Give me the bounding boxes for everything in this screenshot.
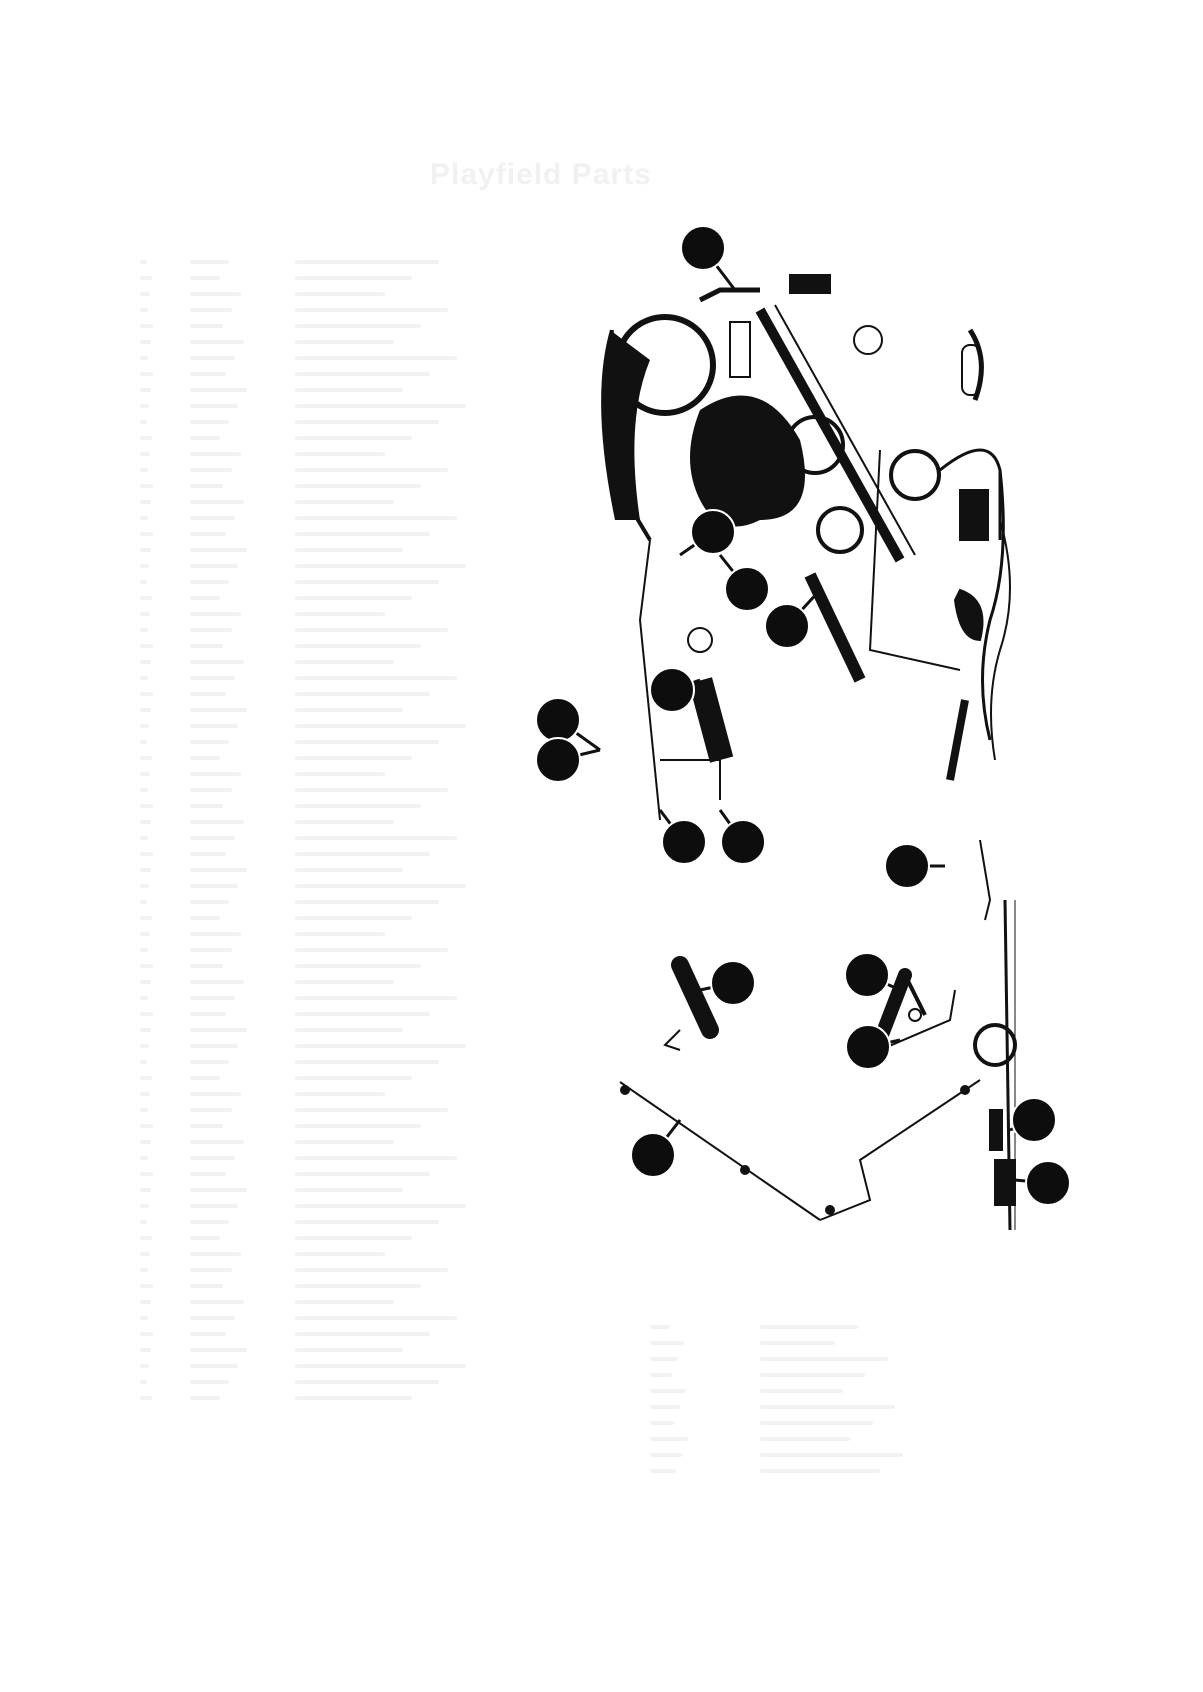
callout-marker bbox=[885, 844, 929, 888]
callout-marker bbox=[721, 820, 765, 864]
callout-marker bbox=[631, 1133, 675, 1177]
callout-marker bbox=[650, 668, 694, 712]
callout-marker bbox=[725, 567, 769, 611]
callout-marker bbox=[1026, 1161, 1070, 1205]
callout-marker bbox=[536, 698, 580, 742]
callout-marker bbox=[536, 738, 580, 782]
playfield-diagram bbox=[0, 0, 1203, 1692]
callout-marker bbox=[765, 604, 809, 648]
callout-marker bbox=[662, 820, 706, 864]
callout-marker bbox=[691, 510, 735, 554]
callout-marker bbox=[846, 1025, 890, 1069]
callout-marker bbox=[1012, 1098, 1056, 1142]
callout-marker bbox=[845, 953, 889, 997]
callout-marker bbox=[711, 961, 755, 1005]
callout-marker bbox=[681, 226, 725, 270]
